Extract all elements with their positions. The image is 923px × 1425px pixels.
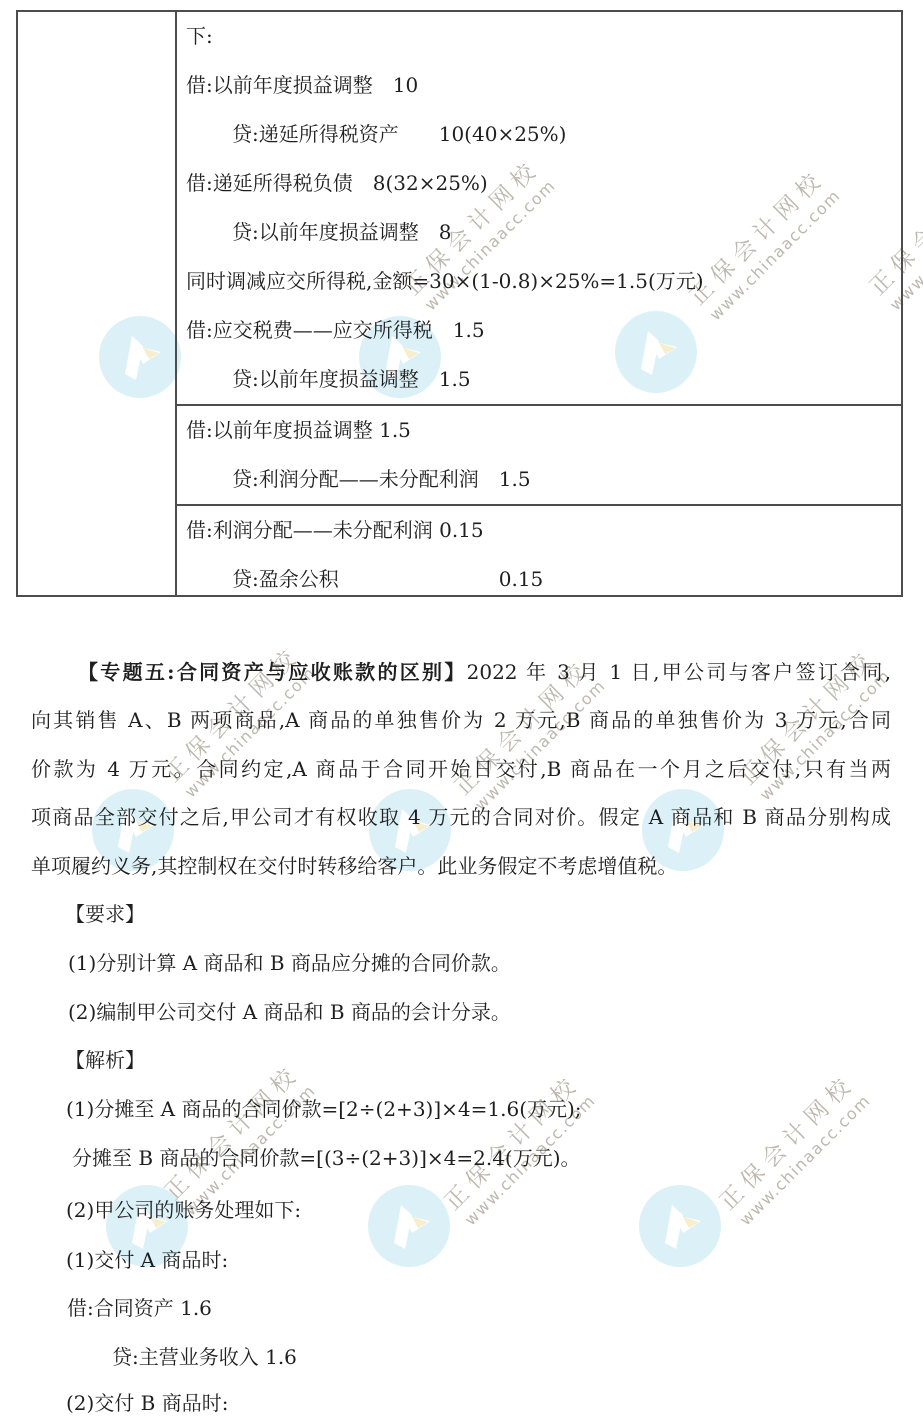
journal-entry-line: 贷:以前年度损益调整 8: [177, 208, 901, 257]
table-row: 借:利润分配——未分配利润 0.15 贷:盈余公积 0.15: [177, 506, 901, 595]
requirements-heading: 【要求】: [65, 890, 145, 939]
journal-entry-line: 贷:主营业务收入 1.6: [112, 1333, 297, 1382]
journal-entry-line: 贷:递延所得税资产 10(40×25%): [177, 110, 901, 159]
journal-entries-table: 下: 借:以前年度损益调整 10 贷:递延所得税资产 10(40×25%) 借:…: [16, 10, 903, 597]
topic-heading-rest: 2022 年 3 月 1 日,甲公司与客户签订合同,: [467, 660, 891, 684]
journal-entry-line: 借:递延所得税负债 8(32×25%): [177, 159, 901, 208]
document-page: { "table": { "rows": [ { "lines": [ "下:"…: [0, 0, 923, 1425]
journal-entry-line: 借:以前年度损益调整 10: [177, 61, 901, 110]
solution-line: (2)甲公司的账务处理如下:: [66, 1186, 301, 1235]
journal-entry-line: 借:应交税费——应交所得税 1.5: [177, 306, 901, 355]
paragraph-line: 项商品全部交付之后,甲公司才有权收取 4 万元的合同对价。假定 A 商品和 B …: [31, 793, 891, 842]
chinaacc-watermark-text: 正保会计网校www.chinaacc.com: [714, 1069, 876, 1231]
journal-entry-line: 贷:以前年度损益调整 1.5: [177, 355, 901, 404]
topic-heading-bold: 【专题五:合同资产与应收账款的区别】: [78, 660, 467, 684]
table-left-column-empty: [18, 12, 177, 595]
paragraph-line: 向其销售 A、B 两项商品,A 商品的单独售价为 2 万元,B 商品的单独售价为…: [31, 696, 891, 745]
journal-entry-line: 贷:盈余公积 0.15: [177, 555, 901, 595]
journal-entry-line: 借:利润分配——未分配利润 0.15: [177, 506, 901, 555]
table-right-column: 下: 借:以前年度损益调整 10 贷:递延所得税资产 10(40×25%) 借:…: [177, 12, 901, 595]
journal-entry-line: 贷:利润分配——未分配利润 1.5: [177, 455, 901, 504]
journal-entry-line: 同时调减应交所得税,金额=30×(1-0.8)×25%=1.5(万元): [177, 257, 901, 306]
solution-line: 分摊至 B 商品的合同价款=[(3÷(2+3)]×4=2.4(万元)。: [72, 1134, 581, 1183]
journal-entry-line: 借:以前年度损益调整 1.5: [177, 406, 901, 455]
journal-entry-line: 借:合同资产 1.6: [67, 1284, 212, 1333]
paragraph-line: 价款为 4 万元。合同约定,A 商品于合同开始日交付,B 商品在一个月之后交付,…: [31, 745, 891, 794]
topic-heading-line: 【专题五:合同资产与应收账款的区别】2022 年 3 月 1 日,甲公司与客户签…: [31, 648, 891, 697]
chinaacc-logo-badge-icon: [368, 1185, 450, 1267]
journal-entry-line: 下:: [177, 12, 901, 61]
table-row: 借:以前年度损益调整 1.5 贷:利润分配——未分配利润 1.5: [177, 406, 901, 506]
paragraph-line: 单项履约义务,其控制权在交付时转移给客户。此业务假定不考虑增值税。: [31, 842, 891, 891]
solution-line: (1)交付 A 商品时:: [66, 1236, 228, 1285]
chinaacc-logo-badge-icon: [639, 1185, 721, 1267]
solution-line: (2)交付 B 商品时:: [66, 1379, 228, 1425]
requirement-line: (1)分别计算 A 商品和 B 商品应分摊的合同价款。: [68, 939, 511, 988]
table-row: 下: 借:以前年度损益调整 10 贷:递延所得税资产 10(40×25%) 借:…: [177, 12, 901, 406]
requirement-line: (2)编制甲公司交付 A 商品和 B 商品的会计分录。: [68, 988, 511, 1037]
analysis-heading: 【解析】: [65, 1036, 145, 1085]
solution-line: (1)分摊至 A 商品的合同价款=[2÷(2+3)]×4=1.6(万元);: [66, 1085, 582, 1134]
